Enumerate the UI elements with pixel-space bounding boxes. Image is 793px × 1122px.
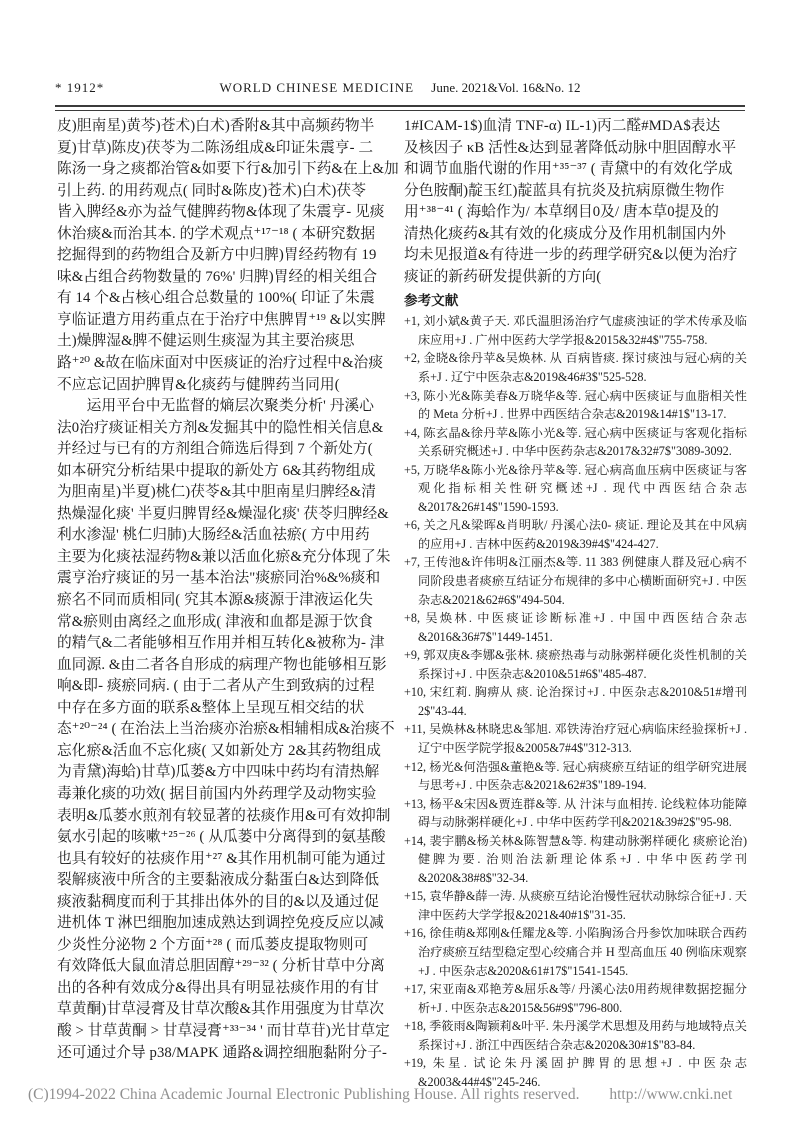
- body-text-line: 忘化瘀&活血不忘化痰( 又如新处方 2&其药物组成: [57, 741, 393, 763]
- reference-item: +3, 陈小光&陈美春&万晓华&等. 冠心病中医痰证与血脂相关性的 Meta 分…: [404, 387, 747, 424]
- reference-item: +14, 裴宇鹏&杨关林&陈智慧&等. 构建动脉粥样硬化 痰瘀论治)健脾为要. …: [404, 832, 747, 888]
- reference-item: +6, 关之凡&梁晖&肖明耿/ 丹溪心法0- 痰证. 理论及其在中风病的应用+J…: [404, 516, 747, 553]
- body-text-line: 利水渗湿' 桃仁归肺)大肠经&活血祛瘀( 方中用药: [57, 525, 393, 547]
- body-text-line: 表明&瓜蒌水煎剂有较显著的祛痰作用&可有效抑制: [57, 806, 393, 828]
- body-text-line: 引上药. 的用药观点( 同时&陈皮)苍术)白术)茯苓: [57, 181, 393, 203]
- reference-item: +17, 宋亚南&邓艳芳&屈乐&等/ 丹溪心法0用药规律数据挖掘分析+J . 中…: [404, 980, 747, 1017]
- issue-info: June. 2021&Vol. 16&No. 12: [431, 80, 580, 95]
- body-text-line: 均未见报道&有待进一步的药理学研究&以便为治疗: [404, 245, 747, 267]
- body-text-line: 酸 > 甘草黄酮 > 甘草浸膏⁺³³⁻³⁴ ' 而甘草苷)光甘草定: [57, 1021, 393, 1043]
- reference-item: +12, 杨光&何浩强&董艳&等. 冠心病痰瘀互结证的组学研究进展与思考+J .…: [404, 758, 747, 795]
- reference-item: +13, 杨平&宋因&贾连群&等. 从 汁沫与血相抟. 论线粒体功能障碍与动脉粥…: [404, 795, 747, 832]
- reference-item: +18, 季筱雨&陶颖莉&叶平. 朱丹溪学术思想及用药与地域特点关系探讨+J .…: [404, 1017, 747, 1054]
- body-text-line: 态⁺²⁰⁻²⁴ ( 在治法上当治痰亦治瘀&相辅相成&治痰不: [57, 719, 393, 741]
- body-text-line: 血同源. &由二者各自形成的病理产物也能够相互影: [57, 655, 393, 677]
- left-text-column: 皮)胆南星)黄芩)苍术)白术)香附&其中高频药物半夏)甘草)陈皮)茯苓为二陈汤组…: [57, 116, 393, 1064]
- body-text-line: 为胆南星)半夏)桃仁)茯苓&其中胆南星归脾经&清: [57, 482, 393, 504]
- reference-item: +8, 吴焕林. 中医痰证诊断标准+J . 中国中西医结合杂志&2016&36#…: [404, 609, 747, 646]
- body-text-line: 痰液黏稠度而利于其排出体外的目的&以及通过促: [57, 892, 393, 914]
- body-text-line: 土)燥脾湿&脾不健运则生痰湿为其主要治痰思: [57, 331, 393, 353]
- body-text-line: 路⁺²⁰ &故在临床面对中医痰证的治疗过程中&治痰: [57, 353, 393, 375]
- body-text-line: 休治痰&而治其本. 的学术观点⁺¹⁷⁻¹⁸ ( 本研究数据: [57, 224, 393, 246]
- right-text-column: 1#ICAM-1$)血清 TNF-α) IL-1)丙二醛#MDA$表达及核因子 …: [404, 116, 747, 1091]
- body-text-line: 进机体 T 淋巴细胞加速成熟达到调控免疫反应以减: [57, 913, 393, 935]
- body-text-line: 氨水引起的咳嗽⁺²⁵⁻²⁶ ( 从瓜蒌中分离得到的氨基酸: [57, 827, 393, 849]
- body-text-line: 不应忘记固护脾胃&化痰药与健脾药当同用(: [57, 375, 393, 397]
- copyright-text: (C)1994-2022 China Academic Journal Elec…: [28, 1086, 579, 1103]
- body-text-line: 如本研究分析结果中提取的新处方 6&其药物组成: [57, 461, 393, 483]
- reference-item: +11, 吴焕林&林晓忠&邹旭. 邓铁涛治疗冠心病临床经验探析+J . 辽宁中医…: [404, 720, 747, 757]
- body-text-line: 出的各种有效成分&得出具有明显祛痰作用的有甘: [57, 978, 393, 1000]
- reference-item: +15, 袁华静&薛一涛. 从痰瘀互结论治慢性冠状动脉综合征+J . 天津中医药…: [404, 887, 747, 924]
- copyright-footer: (C)1994-2022 China Academic Journal Elec…: [28, 1086, 768, 1104]
- header-divider-rule: [55, 105, 745, 111]
- body-text-line: 也具有较好的祛痰作用⁺²⁷ &其作用机制可能为通过: [57, 849, 393, 871]
- body-text-line: 中存在多方面的联系&整体上呈现互相交结的状: [57, 698, 393, 720]
- journal-name: WORLD CHINESE MEDICINE: [219, 80, 414, 95]
- reference-item: +4, 陈玄晶&徐丹苹&陈小光&等. 冠心病中医痰证与客观化指标关系研究概述+J…: [404, 424, 747, 461]
- body-text-line: 皆入脾经&亦为益气健脾药物&体现了朱震亨- 见痰: [57, 202, 393, 224]
- body-text-line: 分色胺酮)靛玉红)靛蓝具有抗炎及抗病原微生物作: [404, 181, 747, 203]
- journal-title-line: WORLD CHINESE MEDICINE June. 2021&Vol. 1…: [165, 80, 635, 96]
- body-text-line: 挖掘得到的药物组合及新方中归脾)胃经药物有 19: [57, 245, 393, 267]
- body-text-line: 还可通过介导 p38/MAPK 通路&调控细胞黏附分子-: [57, 1043, 393, 1065]
- body-text-line: 味&占组合药物数量的 76%' 归脾)胃经的相关组合: [57, 267, 393, 289]
- body-text-line: 及核因子 κB 活性&达到显著降低动脉中胆固醇水平: [404, 138, 747, 160]
- body-text-line: 法0治疗痰证相关方剂&发掘其中的隐性相关信息&: [57, 418, 393, 440]
- body-text-line: 亨临证遣方用药重点在于治疗中焦脾胃⁺¹⁹ &以实脾: [57, 310, 393, 332]
- body-text-line: 痰证的新药研发提供新的方向(: [404, 267, 747, 289]
- body-text-line: 为青黛)海蛤)甘草)瓜蒌&方中四味中药均有清热解: [57, 762, 393, 784]
- body-text-line: 有效降低大鼠血清总胆固醇⁺²⁹⁻³² ( 分析甘草中分离: [57, 956, 393, 978]
- reference-item: +7, 王传池&许伟明&江丽杰&等. 11 383 例健康人群及冠心病不同阶段患…: [404, 553, 747, 609]
- body-text-line: 的精气&二者能够相互作用并相互转化&被称为- 津: [57, 633, 393, 655]
- reference-item: +2, 金晓&徐丹苹&吴焕林. 从 百病皆痰. 探讨痰浊与冠心病的关系+J . …: [404, 349, 747, 386]
- page-header: * 1912* WORLD CHINESE MEDICINE June. 202…: [55, 80, 745, 96]
- body-text-line: 和调节血脂代谢的作用⁺³⁵⁻³⁷ ( 青黛中的有效化学成: [404, 159, 747, 181]
- body-text-line: 陈汤一身之痰都治管&如要下行&加引下药&在上&加: [57, 159, 393, 181]
- body-text-line: 瘀名不同而质相同( 究其本源&痰源于津液运化失: [57, 590, 393, 612]
- body-text-line: 主要为化痰祛湿药物&兼以活血化瘀&充分体现了朱: [57, 547, 393, 569]
- body-text-line: 常&瘀则由离经之血形成( 津液和血都是源于饮食: [57, 612, 393, 634]
- body-text-line: 有 14 个&占核心组合总数量的 100%( 印证了朱震: [57, 288, 393, 310]
- cnki-url: http://www.cnki.net: [609, 1086, 732, 1103]
- reference-item: +5, 万晓华&陈小光&徐丹苹&等. 冠心病高血压病中医痰证与客观化指标相关性研…: [404, 461, 747, 517]
- reference-item: +10, 宋红莉. 胸痹从 痰. 论治探讨+J . 中医杂志&2010&51#增…: [404, 683, 747, 720]
- body-text-line: 毒兼化痰的功效( 据目前国内外药理学及动物实验: [57, 784, 393, 806]
- body-text-line: 热燥湿化痰' 半夏归脾胃经&燥湿化痰' 茯苓归脾经&: [57, 504, 393, 526]
- references-heading: 参考文献: [404, 289, 747, 312]
- body-text-line: 1#ICAM-1$)血清 TNF-α) IL-1)丙二醛#MDA$表达: [404, 116, 747, 138]
- body-text-line: 响&即- 痰瘀同病. ( 由于二者从产生到致病的过程: [57, 676, 393, 698]
- reference-item: +9, 郭双庚&李娜&张林. 痰瘀热毒与动脉粥样硬化炎性机制的关系探讨+J . …: [404, 646, 747, 683]
- body-text-line: 草黄酮)甘草浸膏及甘草次酸&其作用强度为甘草次: [57, 999, 393, 1021]
- body-text-line: 运用平台中无监督的熵层次聚类分析' 丹溪心: [57, 396, 393, 418]
- references-list: +1, 刘小斌&黄子天. 邓氏温胆汤治疗气虚痰浊证的学术传承及临床应用+J . …: [404, 312, 747, 1091]
- body-text-line: 用⁺³⁸⁻⁴¹ ( 海蛤作为/ 本草纲目0及/ 唐本草0提及的: [404, 202, 747, 224]
- body-text-line: 并经过与已有的方剂组合筛选后得到 7 个新处方(: [57, 439, 393, 461]
- body-text-line: 清热化痰药&其有效的化痰成分及作用机制国内外: [404, 224, 747, 246]
- body-text-line: 少炎性分泌物 2 个方面⁺²⁸ ( 而瓜蒌皮提取物则可: [57, 935, 393, 957]
- right-paragraph: 1#ICAM-1$)血清 TNF-α) IL-1)丙二醛#MDA$表达及核因子 …: [404, 116, 747, 288]
- page-number: * 1912*: [55, 80, 165, 96]
- reference-item: +1, 刘小斌&黄子天. 邓氏温胆汤治疗气虚痰浊证的学术传承及临床应用+J . …: [404, 312, 747, 349]
- body-text-line: 夏)甘草)陈皮)茯苓为二陈汤组成&印证朱震亨- 二: [57, 138, 393, 160]
- body-text-line: 裂解痰液中所含的主要黏液成分黏蛋白&达到降低: [57, 870, 393, 892]
- body-text-line: 震亨治疗痰证的另一基本治法"痰瘀同治%&%痰和: [57, 568, 393, 590]
- journal-page: * 1912* WORLD CHINESE MEDICINE June. 202…: [0, 0, 793, 1122]
- reference-item: +16, 徐佳萌&郑刚&任耀龙&等. 小陷胸汤合丹参饮加味联合西药治疗痰瘀互结型…: [404, 924, 747, 980]
- body-text-line: 皮)胆南星)黄芩)苍术)白术)香附&其中高频药物半: [57, 116, 393, 138]
